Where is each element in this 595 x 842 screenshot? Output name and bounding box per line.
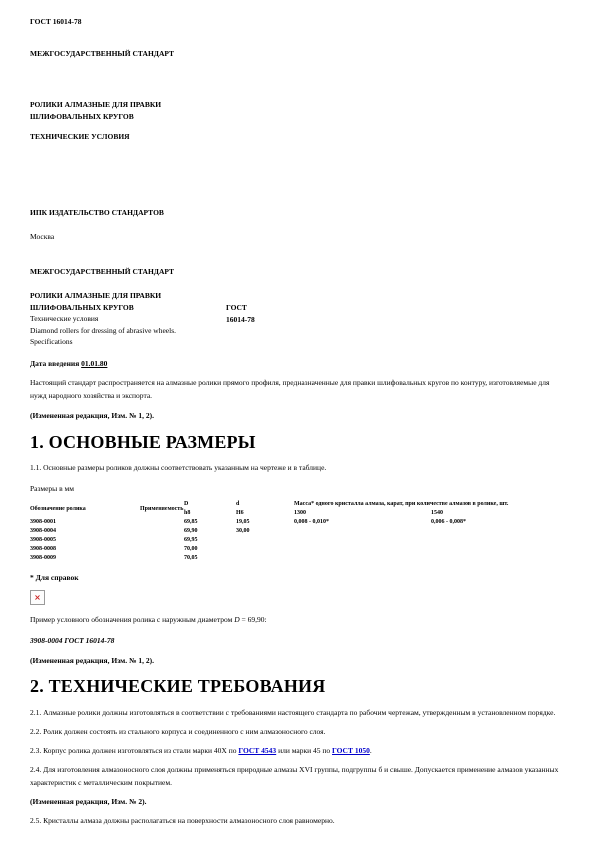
example-text-prefix: Пример условного обозначения ролика с на… <box>30 615 234 624</box>
title-block-left: РОЛИКИ АЛМАЗНЫЕ ДЛЯ ПРАВКИ ШЛИФОВАЛЬНЫХ … <box>30 290 198 348</box>
clause-2-3-text-2: или марки 45 по <box>276 746 332 755</box>
title-block-line2: ШЛИФОВАЛЬНЫХ КРУГОВ <box>30 302 198 314</box>
gost-4543-link[interactable]: ГОСТ 4543 <box>238 746 276 755</box>
cell-designation: 3908-0004 <box>30 527 140 536</box>
publisher-city: Москва <box>30 231 565 243</box>
effective-date-link[interactable]: 01.01.80 <box>81 359 107 368</box>
cell-applicability <box>140 527 184 536</box>
cell-mass-1540 <box>431 527 565 536</box>
col-header-d: d H6 <box>236 500 294 518</box>
cell-d <box>236 554 294 563</box>
cell-d: 30,00 <box>236 527 294 536</box>
gost-number-line1: ГОСТ <box>226 302 255 314</box>
title-block-line1: РОЛИКИ АЛМАЗНЫЕ ДЛЯ ПРАВКИ <box>30 290 198 302</box>
cell-d: 19,05 <box>236 518 294 527</box>
col-header-mass-1300: 1300 <box>294 509 431 518</box>
doc-title: РОЛИКИ АЛМАЗНЫЕ ДЛЯ ПРАВКИ ШЛИФОВАЛЬНЫХ … <box>30 99 565 122</box>
standard-type-label: МЕЖГОСУДАРСТВЕННЫЙ СТАНДАРТ <box>30 48 565 60</box>
title-block-subtitle-en2: Specifications <box>30 336 198 348</box>
cell-d <box>236 545 294 554</box>
table-row: 3908-0005 69,95 <box>30 536 565 545</box>
gost-number-line2: 16014-78 <box>226 314 255 326</box>
cell-designation: 3908-0001 <box>30 518 140 527</box>
table-row: 3908-0001 69,85 19,05 0,008 - 0,010* 0,0… <box>30 518 565 527</box>
table-row: 3908-0004 69,90 30,00 <box>30 527 565 536</box>
cell-designation: 3908-0005 <box>30 536 140 545</box>
clause-2-4: 2.4. Для изготовления алмазоносного слоя… <box>30 763 565 789</box>
dimensions-units-note: Размеры в мм <box>30 482 565 495</box>
cell-mass-1540: 0,006 - 0,008* <box>431 518 565 527</box>
effective-date-label: Дата введения <box>30 359 79 368</box>
col-header-D-symbol: D <box>184 500 234 509</box>
doc-number-header: ГОСТ 16014-78 <box>30 16 565 28</box>
col-header-D-tolerance: h8 <box>184 509 234 518</box>
cell-mass-1300 <box>294 527 431 536</box>
gost-1050-link[interactable]: ГОСТ 1050 <box>332 746 370 755</box>
document-page: ГОСТ 16014-78 МЕЖГОСУДАРСТВЕННЫЙ СТАНДАР… <box>0 0 595 827</box>
cell-applicability <box>140 518 184 527</box>
publisher-label: ИПК ИЗДАТЕЛЬСТВО СТАНДАРТОВ <box>30 207 565 219</box>
col-header-mass-1540: 1540 <box>431 509 565 518</box>
col-header-d-symbol: d <box>236 500 292 509</box>
designation-example-line: Пример условного обозначения ролика с на… <box>30 613 565 626</box>
cell-D: 69,85 <box>184 518 236 527</box>
cell-mass-1540 <box>431 554 565 563</box>
cell-mass-1540 <box>431 545 565 554</box>
col-header-mass: Масса* одного кристалла алмаза, карат, п… <box>294 500 565 509</box>
effective-date-line: Дата введения 01.01.80 <box>30 358 565 370</box>
col-header-D: D h8 <box>184 500 236 518</box>
title-block-subtitle-ru: Технические условия <box>30 313 198 325</box>
section-1-heading: 1. ОСНОВНЫЕ РАЗМЕРЫ <box>30 431 565 453</box>
cell-D: 69,90 <box>184 527 236 536</box>
clause-2-2: 2.2. Ролик должен состоять из стального … <box>30 725 565 738</box>
broken-image-icon: × <box>30 590 45 605</box>
example-text-suffix: = 69,90: <box>240 615 267 624</box>
amendment-note-2: (Измененная редакция, Изм. № 1, 2). <box>30 654 565 667</box>
doc-title-line1: РОЛИКИ АЛМАЗНЫЕ ДЛЯ ПРАВКИ <box>30 99 565 111</box>
cell-applicability <box>140 554 184 563</box>
cell-applicability <box>140 545 184 554</box>
doc-subtitle: ТЕХНИЧЕСКИЕ УСЛОВИЯ <box>30 131 565 143</box>
cell-applicability <box>140 536 184 545</box>
clause-2-3-text-1: 2.3. Корпус ролика должен изготовляться … <box>30 746 238 755</box>
cell-mass-1300 <box>294 545 431 554</box>
doc-title-line2: ШЛИФОВАЛЬНЫХ КРУГОВ <box>30 111 565 123</box>
clause-1-1: 1.1. Основные размеры роликов должны соо… <box>30 461 565 474</box>
amendment-note-3: (Измененная редакция, Изм. № 2). <box>30 795 565 808</box>
standard-type-label-2: МЕЖГОСУДАРСТВЕННЫЙ СТАНДАРТ <box>30 266 565 278</box>
cell-D: 69,95 <box>184 536 236 545</box>
table-footnote: * Для справок <box>30 571 565 584</box>
dimensions-table: Обозначение ролика Применяемость D h8 d … <box>30 500 565 563</box>
title-block-gost-number: ГОСТ 16014-78 <box>226 290 255 325</box>
title-block-subtitle-en: Diamond rollers for dressing of abrasive… <box>30 325 198 337</box>
example-designation: 3908-0004 ГОСТ 16014-78 <box>30 634 565 647</box>
clause-2-3: 2.3. Корпус ролика должен изготовляться … <box>30 744 565 757</box>
cell-mass-1540 <box>431 536 565 545</box>
amendment-note-1: (Измененная редакция, Изм. № 1, 2). <box>30 409 565 422</box>
section-2-heading: 2. ТЕХНИЧЕСКИЕ ТРЕБОВАНИЯ <box>30 675 565 697</box>
cell-D: 70,00 <box>184 545 236 554</box>
clause-2-3-text-3: . <box>370 746 372 755</box>
cell-mass-1300 <box>294 536 431 545</box>
col-header-designation: Обозначение ролика <box>30 500 140 518</box>
clause-2-5: 2.5. Кристаллы алмаза должны располагать… <box>30 814 565 827</box>
clause-2-1: 2.1. Алмазные ролики должны изготовлятьс… <box>30 706 565 719</box>
col-header-applicability: Применяемость <box>140 500 184 518</box>
table-row: 3908-0008 70,00 <box>30 545 565 554</box>
cell-D: 70,05 <box>184 554 236 563</box>
cell-designation: 3908-0008 <box>30 545 140 554</box>
title-block: РОЛИКИ АЛМАЗНЫЕ ДЛЯ ПРАВКИ ШЛИФОВАЛЬНЫХ … <box>30 290 565 348</box>
cell-designation: 3908-0009 <box>30 554 140 563</box>
scope-paragraph: Настоящий стандарт распространяется на а… <box>30 376 565 402</box>
table-row: 3908-0009 70,05 <box>30 554 565 563</box>
col-header-d-tolerance: H6 <box>236 509 292 518</box>
cell-mass-1300: 0,008 - 0,010* <box>294 518 431 527</box>
cell-mass-1300 <box>294 554 431 563</box>
cell-d <box>236 536 294 545</box>
